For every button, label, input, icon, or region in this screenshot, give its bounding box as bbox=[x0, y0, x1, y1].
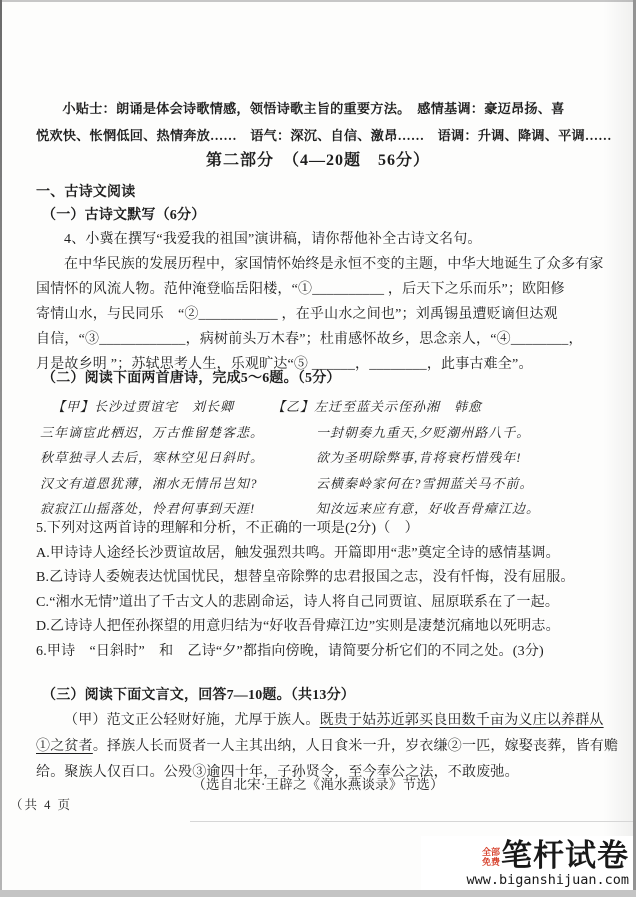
q4-line: 寄情山水，与民同乐 “②___________ ，在乎山水之间也”；刘禹锡虽遭贬… bbox=[36, 302, 604, 327]
tip-line: 悦欢快、怅惘低回、热情奔放…… 语气：深沉、自信、激昂…… 语调：升调、降调、平… bbox=[36, 122, 604, 149]
passage-text: 。择族人长而贤者一人主其出纳，人日食米一升，岁衣缣②一匹，嫁娶丧葬，皆有赡 bbox=[93, 739, 618, 754]
tip-line: 小贴士：朗诵是体会诗歌情感，领悟诗歌主旨的重要方法。 感情基调：豪迈昂扬、喜 bbox=[36, 95, 604, 122]
scanned-exam-page: 小贴士：朗诵是体会诗歌情感，领悟诗歌主旨的重要方法。 感情基调：豪迈昂扬、喜 悦… bbox=[0, 0, 636, 897]
poem-yi-line: 云横秦岭家何在?雪拥蓝关马不前。 bbox=[316, 471, 540, 497]
watermark-brand-row: 全部免费 笔杆试卷 bbox=[421, 840, 629, 872]
reading-tip: 小贴士：朗诵是体会诗歌情感，领悟诗歌主旨的重要方法。 感情基调：豪迈昂扬、喜 悦… bbox=[36, 95, 604, 149]
scan-edge-bottom bbox=[0, 890, 636, 897]
poem-jia-line: 汉文有道恩犹薄，湘水无情吊岂知? bbox=[40, 471, 264, 497]
section-wenyanwen-intro: （三）阅读下面文言文，回答7—10题。（共13分） bbox=[42, 684, 604, 704]
q5-option-a: A.甲诗诗人途经长沙贾谊故居，触发强烈共鸣。开篇即用“悲”奠定全诗的感情基调。 bbox=[36, 542, 604, 567]
passage-line: ①之贫者。择族人长而贤者一人主其出纳，人日食米一升，岁衣缣②一匹，嫁娶丧葬，皆有… bbox=[36, 734, 604, 760]
q4-line: 在中华民族的发展历程中，家国情怀始终是永恒不变的主题，中华大地诞生了众多有家 bbox=[36, 252, 604, 277]
poem-jia-line: 三年谪宦此栖迟，万古惟留楚客悲。 bbox=[40, 420, 264, 446]
poem-jia: 【甲】长沙过贾谊宅 刘长卿 三年谪宦此栖迟，万古惟留楚客悲。 秋草独寻人去后，寒… bbox=[40, 394, 264, 522]
passage-source: （选自北宋·王辟之《渑水燕谈录》节选） bbox=[0, 773, 636, 793]
passage-underlined-text: ①之贫者 bbox=[36, 739, 93, 754]
poem-jia-title: 【甲】长沙过贾谊宅 刘长卿 bbox=[52, 394, 264, 420]
q4-line: 国情怀的风流人物。范仲淹登临岳阳楼，“①__________ ，后天下之乐而乐”… bbox=[36, 277, 604, 302]
page-count-footer: （共 4 页 bbox=[10, 795, 72, 813]
passage-line: （甲）范文正公轻财好施，尤厚于族人。既贵于姑苏近郭买良田数千亩为义庄以养群从 bbox=[36, 708, 604, 734]
passage-text: （甲）范文正公轻财好施，尤厚于族人。 bbox=[64, 713, 320, 728]
section-gushiwen-title: 一、古诗文阅读 bbox=[36, 181, 604, 201]
scan-edge-top bbox=[0, 0, 636, 2]
part2-heading: 第二部分 （4—20题 56分） bbox=[0, 147, 636, 170]
question-4-block: 4、小冀在撰写“我爱我的祖国”演讲稿，请你帮他补全古诗文名句。 在中华民族的发展… bbox=[36, 227, 604, 377]
passage-underlined-text: 既贵于姑苏近郭买良田数千亩为义庄以养群从 bbox=[320, 713, 604, 728]
scan-edge-left bbox=[0, 0, 2, 890]
poem-yi-line: 一封朝奏九重天,夕贬潮州路八千。 bbox=[316, 420, 540, 446]
q5-option-b: B.乙诗诗人委婉表达忧国忧民，想替皇帝除弊的忠君报国之志，没有忏悔，没有屈服。 bbox=[36, 566, 604, 591]
page-bottom-edge-line bbox=[190, 821, 633, 822]
poem-jia-line: 秋草独寻人去后，寒林空见日斜时。 bbox=[40, 445, 264, 471]
q5-option-d: D.乙诗诗人把侄孙探望的用意归结为“好收吾骨瘴江边”实则是凄楚沉痛地以死明志。 bbox=[36, 615, 604, 640]
section-tangshi-intro: （二）阅读下面两首唐诗，完成5～6题。（5分） bbox=[42, 367, 604, 387]
question-5-block: 5.下列对这两首诗的理解和分析，不正确的一项是(2分)（ ） A.甲诗诗人途经长… bbox=[36, 517, 604, 664]
poem-yi: 【乙】左迁至蓝关示侄孙湘 韩愈 一封朝奏九重天,夕贬潮州路八千。 欲为圣明除弊事… bbox=[272, 394, 540, 522]
section-moxie-subtitle: （一）古诗文默写（6分） bbox=[42, 204, 604, 224]
poem-yi-title: 【乙】左迁至蓝关示侄孙湘 韩愈 bbox=[272, 394, 540, 420]
biganshijuan-watermark: 全部免费 笔杆试卷 www.biganshijuan.com bbox=[421, 836, 633, 890]
q5-stem: 5.下列对这两首诗的理解和分析，不正确的一项是(2分)（ ） bbox=[36, 517, 604, 542]
watermark-url: www.biganshijuan.com bbox=[421, 872, 629, 888]
q4-line: 自信，“③____________，病树前头万木春”；杜甫感怀故乡，思念亲人，“… bbox=[36, 327, 604, 352]
question-6: 6.甲诗 “日斜时” 和 乙诗“夕”都指向傍晚，请简要分析它们的不同之处。(3分… bbox=[36, 640, 604, 665]
q4-line: 4、小冀在撰写“我爱我的祖国”演讲稿，请你帮他补全古诗文名句。 bbox=[36, 227, 604, 252]
watermark-brand-name: 笔杆试卷 bbox=[501, 840, 629, 872]
poem-yi-line: 欲为圣明除弊事,肯将衰朽惜残年! bbox=[316, 445, 540, 471]
watermark-free-label: 全部免费 bbox=[480, 848, 500, 867]
q5-option-c: C.“湘水无情”道出了千古文人的悲剧命运，诗人将自己同贾谊、屈原联系在了一起。 bbox=[36, 591, 604, 616]
